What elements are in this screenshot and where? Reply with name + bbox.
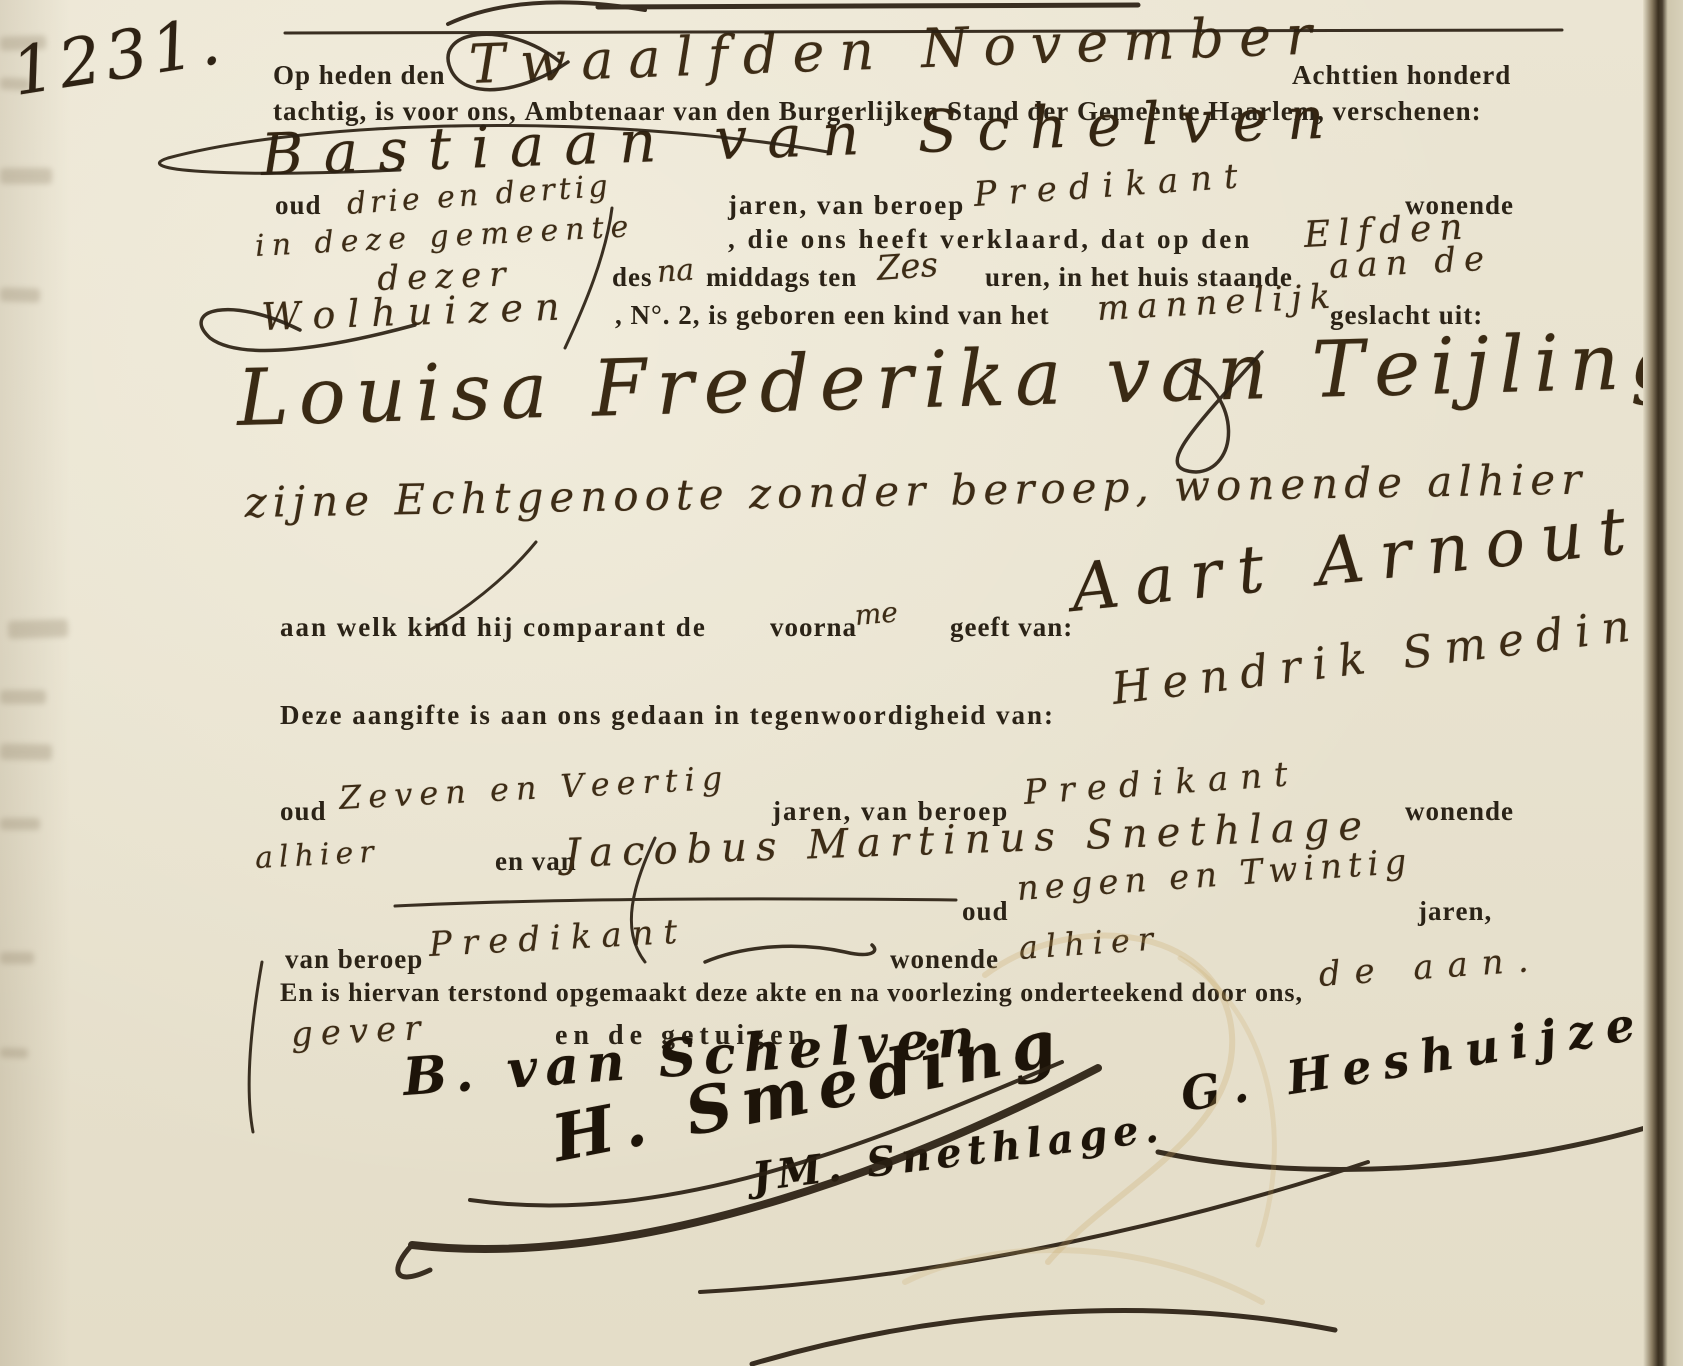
printed-wonende-2: wonende (1405, 798, 1514, 825)
pen-stroke-left-margin (249, 962, 262, 1132)
top-edge-line (598, 5, 1138, 7)
hw-de-aan: de aan. (1318, 942, 1544, 992)
bleedthrough-mark (0, 818, 40, 830)
bleedthrough-mark (0, 287, 40, 302)
printed-van-beroep-3: van beroep (285, 946, 423, 973)
margin-number: 1231. (8, 7, 230, 106)
hw-daypart: na (656, 255, 695, 288)
hw-mother-relation: zijne Echtgenoote zonder beroep, wonende… (244, 459, 1587, 524)
flourish-tilde (705, 945, 875, 962)
hw-voorname-suffix: me (854, 598, 899, 630)
hw-birth-hour: Zes (876, 248, 939, 286)
hw-witness2-profession: Predikant (428, 915, 688, 962)
printed-huisnummer: , N°. 2, is geboren een kind van het (615, 302, 1050, 329)
hw-witness1-profession: Predikant (1023, 757, 1301, 810)
printed-des: des (612, 264, 653, 291)
bleedthrough-mark (0, 744, 52, 761)
printed-wonende-3: wonende (890, 946, 999, 973)
signature-tail-registrar (1158, 1120, 1672, 1170)
bleedthrough-mark (0, 952, 34, 964)
signature-registrar: G. Heshuijzen (1178, 992, 1683, 1118)
hw-child-gender: mannelijk (1096, 279, 1339, 326)
bottom-flourish-arc (752, 1311, 1335, 1364)
printed-verklaard: , die ons heeft verklaard, dat op den (728, 226, 1252, 253)
printed-middags-ten: middags ten (706, 264, 857, 291)
hw-aan-de: aan de (1328, 242, 1493, 284)
birth-record-page: 1231. Op heden den Twaalfden November Ac… (0, 0, 1683, 1366)
hw-declarant-profession: Predikant (973, 159, 1251, 212)
bleedthrough-mark (0, 1048, 28, 1059)
hw-dash-line (395, 899, 956, 906)
printed-closing-line: En is hiervan terstond opgemaakt deze ak… (280, 980, 1303, 1006)
hw-witness2-residence: alhier (1018, 922, 1162, 964)
hw-witness1-residence: alhier (254, 838, 380, 874)
printed-jaren-2: jaren, (1418, 898, 1492, 925)
top-ink-fragment (448, 2, 645, 24)
ghost-stroke-3 (905, 1250, 1262, 1302)
printed-oud-1: oud (275, 192, 322, 219)
printed-aan-welk-kind: aan welk kind hij comparant de (280, 614, 707, 641)
printed-oud-3: oud (962, 898, 1009, 925)
printed-geeft-van: geeft van: (950, 614, 1073, 641)
hw-witness1-age: Zeven en Veertig (338, 762, 730, 814)
hw-witness1-name: Hendrik Smeding (1110, 598, 1683, 712)
page-binding-edge (1643, 0, 1683, 1366)
hw-child-names: Aart Arnout. (1068, 493, 1681, 622)
hw-date: Twaalfden November (468, 8, 1327, 92)
signature-flourish-smeding-loop (398, 1245, 430, 1277)
bleedthrough-mark (0, 690, 46, 704)
printed-aangifte-intro: Deze aangifte is aan ons gedaan in tegen… (280, 702, 1055, 729)
printed-op-heden-den: Op heden den (273, 62, 446, 89)
bleedthrough-mark (8, 619, 69, 639)
printed-voorna: voorna (770, 614, 857, 641)
hw-mother-name: Louisa Frederika van Teijlingen, (236, 318, 1683, 438)
hw-street-name: Wolhuizen (261, 287, 572, 336)
printed-oud-2: oud (280, 798, 327, 825)
bleedthrough-mark (0, 168, 52, 184)
printed-jaren-van-beroep-1: jaren, van beroep (728, 192, 965, 219)
